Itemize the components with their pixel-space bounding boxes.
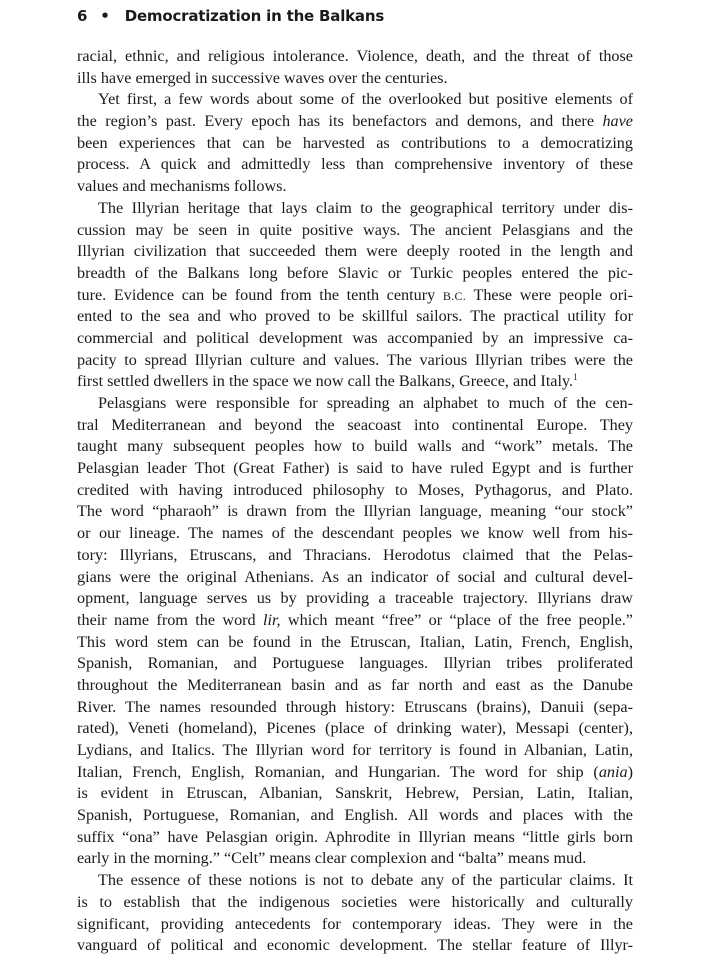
text-line: their name from the word lir, which mean… bbox=[77, 610, 633, 632]
text-line: ented to the sea and who proved to be sk… bbox=[77, 306, 633, 328]
text-line: process. A quick and admittedly less tha… bbox=[77, 154, 633, 176]
text-line: first settled dwellers in the space we n… bbox=[77, 371, 633, 393]
text-line: tral Mediterranean and beyond the seacoa… bbox=[77, 415, 633, 437]
footnote-marker: 1 bbox=[573, 372, 578, 382]
text-line: Pelasgian leader Thot (Great Father) is … bbox=[77, 458, 633, 480]
text-line: Spanish, Romanian, and Portuguese langua… bbox=[77, 653, 633, 675]
text-line: throughout the Mediterranean basin and a… bbox=[77, 675, 633, 697]
text-line: is to establish that the indigenous soci… bbox=[77, 892, 633, 914]
text-line: Spanish, Portuguese, Romanian, and Engli… bbox=[77, 805, 633, 827]
text-line: suffix “ona” have Pelasgian origin. Aphr… bbox=[77, 827, 633, 849]
small-caps-era: B.C. bbox=[443, 289, 466, 303]
page-number: 6 bbox=[77, 7, 87, 25]
text-line: cussion may be seen in quite positive wa… bbox=[77, 220, 633, 242]
page-body-text: racial, ethnic, and religious intoleranc… bbox=[77, 46, 633, 957]
italic-term: ania bbox=[599, 763, 628, 781]
text-line: taught many subsequent peoples how to bu… bbox=[77, 436, 633, 458]
bullet-separator: • bbox=[100, 7, 109, 25]
running-head: 6 • Democratization in the Balkans bbox=[77, 7, 384, 25]
text-line: tory: Illyrians, Etruscans, and Thracian… bbox=[77, 545, 633, 567]
text-line: early in the morning.” “Celt” means clea… bbox=[77, 848, 633, 870]
text-line: rated), Veneti (homeland), Picenes (plac… bbox=[77, 718, 633, 740]
text-line: Lydians, and Italics. The Illyrian word … bbox=[77, 740, 633, 762]
text-line: The essence of these notions is not to d… bbox=[77, 870, 633, 892]
text-line: breadth of the Balkans long before Slavi… bbox=[77, 263, 633, 285]
italic-term: have bbox=[602, 112, 633, 130]
text-line: racial, ethnic, and religious intoleranc… bbox=[77, 46, 633, 68]
text-line: values and mechanisms follows. bbox=[77, 176, 633, 198]
text-line: the region’s past. Every epoch has its b… bbox=[77, 111, 633, 133]
text-line: commercial and political development was… bbox=[77, 328, 633, 350]
text-line: credited with having introduced philosop… bbox=[77, 480, 633, 502]
text-line: River. The names resounded through histo… bbox=[77, 697, 633, 719]
text-line: The word “pharaoh” is drawn from the Ill… bbox=[77, 501, 633, 523]
text-line: or our lineage. The names of the descend… bbox=[77, 523, 633, 545]
book-title: Democratization in the Balkans bbox=[125, 7, 384, 25]
text-line: pacity to spread Illyrian culture and va… bbox=[77, 350, 633, 372]
italic-term: lir, bbox=[263, 611, 281, 629]
text-line: This word stem can be found in the Etrus… bbox=[77, 632, 633, 654]
text-line: ture. Evidence can be found from the ten… bbox=[77, 285, 633, 307]
text-line: Illyrian civilization that succeeded the… bbox=[77, 241, 633, 263]
text-line: significant, providing antecedents for c… bbox=[77, 914, 633, 936]
text-line: is evident in Etruscan, Albanian, Sanskr… bbox=[77, 783, 633, 805]
text-line: Pelasgians were responsible for spreadin… bbox=[77, 393, 633, 415]
text-line: opment, language serves us by providing … bbox=[77, 588, 633, 610]
text-line: gians were the original Athenians. As an… bbox=[77, 567, 633, 589]
text-line: been experiences that can be harvested a… bbox=[77, 133, 633, 155]
text-line: vanguard of political and economic devel… bbox=[77, 935, 633, 957]
text-line: Yet first, a few words about some of the… bbox=[77, 89, 633, 111]
text-line: Italian, French, English, Romanian, and … bbox=[77, 762, 633, 784]
text-line: The Illyrian heritage that lays claim to… bbox=[77, 198, 633, 220]
text-line: ills have emerged in successive waves ov… bbox=[77, 68, 633, 90]
